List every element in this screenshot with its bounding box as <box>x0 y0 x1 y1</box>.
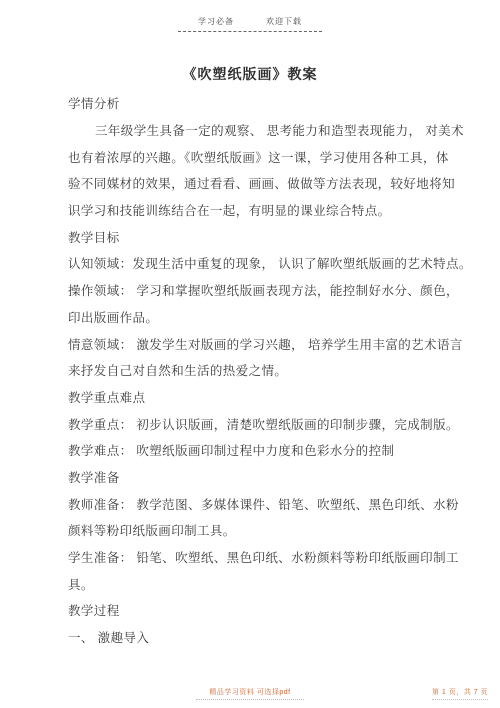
doc-line: 三年级学生具备一定的观察、 思考能力和造型表现能力， 对美术 <box>68 117 442 144</box>
doc-line: 教学难点： 吹塑纸版画印制过程中力度和色彩水分的控制 <box>68 437 442 464</box>
section-heading: 教学目标 <box>68 223 442 250</box>
section-heading: 学情分析 <box>68 90 442 117</box>
page-number: 第 1 页，共 7 页 <box>432 687 488 700</box>
doc-line: 学生准备： 铅笔、吹塑纸、黑色印纸、水粉颜料等粉印纸版画印制工 <box>68 544 442 571</box>
document-page: 学习必备欢迎下载 《吹塑纸版画》教案 学情分析 三年级学生具备一定的观察、 思考… <box>0 0 500 708</box>
section-heading: 教学重点难点 <box>68 384 442 411</box>
doc-line: 识学习和技能训练结合在一起，有明显的课业综合特点。 <box>68 197 442 224</box>
doc-line: 具。 <box>68 570 442 597</box>
doc-line: 认知领域：发现生活中重复的现象， 认识了解吹塑纸版画的艺术特点。 <box>68 250 442 277</box>
header-watermark: 学习必备欢迎下载 <box>0 11 500 32</box>
doc-line: 教师准备： 教学范图、多媒体课件、铅笔、吹塑纸、黑色印纸、水粉 <box>68 490 442 517</box>
header-watermark-right: 欢迎下载 <box>266 17 302 26</box>
section-heading: 教学过程 <box>68 597 442 624</box>
document-body: 学情分析 三年级学生具备一定的观察、 思考能力和造型表现能力， 对美术 也有着浓… <box>68 90 442 650</box>
doc-line: 操作领域： 学习和掌握吹塑纸版画表现方法，能控制好水分、颜色， <box>68 277 442 304</box>
doc-line: 情意领域： 激发学生对版画的学习兴趣， 培养学生用丰富的艺术语言 <box>68 330 442 357</box>
footer-watermark-text: 精品学习资料 可选择pdf <box>0 687 500 697</box>
page-title: 《吹塑纸版画》教案 <box>0 64 500 84</box>
header-watermark-left: 学习必备 <box>198 17 234 26</box>
doc-line: 验不同媒材的效果，通过看看、画画、做做等方法表现，较好地将知 <box>68 170 442 197</box>
page-number-text: 第 1 页，共 7 页 <box>432 687 488 697</box>
footer-watermark: 精品学习资料 可选择pdf <box>0 687 500 700</box>
doc-line: 颜料等粉印纸版画印制工具。 <box>68 517 442 544</box>
page-number-underline <box>432 699 488 700</box>
doc-line: 一、 激趣导入 <box>68 624 442 651</box>
doc-line: 也有着浓厚的兴趣。《吹塑纸版画》这一课，学习使用各种工具，体 <box>68 143 442 170</box>
doc-line: 来抒发自己对自然和生活的热爱之情。 <box>68 357 442 384</box>
doc-line: 印出版画作品。 <box>68 304 442 331</box>
footer-watermark-underline <box>196 699 304 700</box>
section-heading: 教学准备 <box>68 464 442 491</box>
header-watermark-underline: 学习必备欢迎下载 <box>178 16 322 32</box>
doc-line: 教学重点： 初步认识版画，清楚吹塑纸版画的印制步骤，完成制版。 <box>68 410 442 437</box>
